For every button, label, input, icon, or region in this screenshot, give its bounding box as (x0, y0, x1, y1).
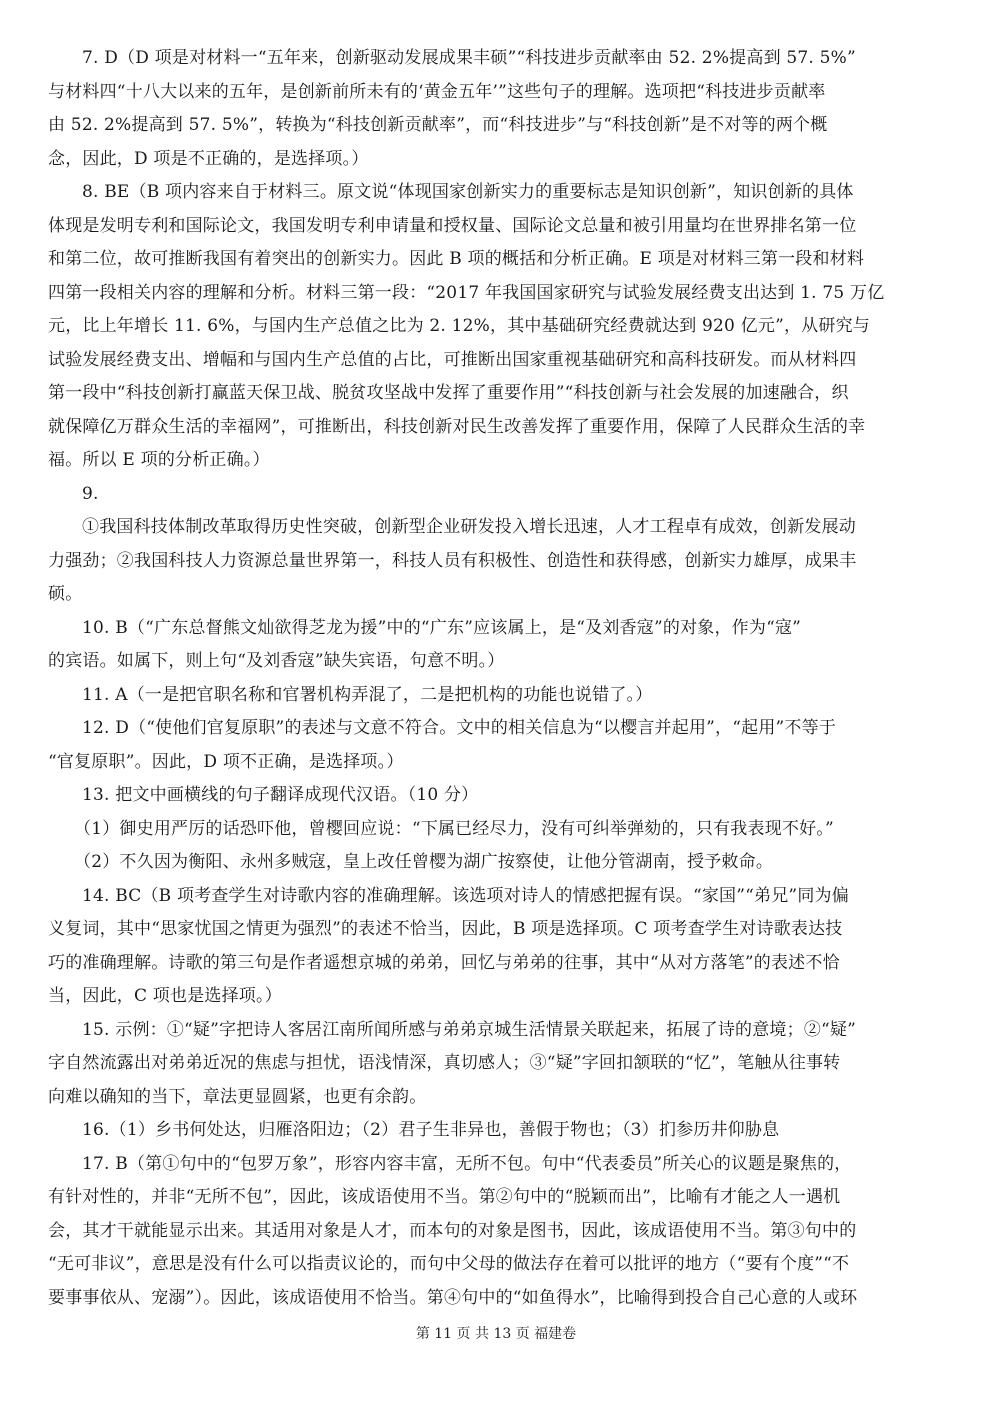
answer-q9: 9. ①我国科技体制改革取得历史性突破，创新型企业研发投入增长迅速，人才工程卓有… (48, 478, 888, 612)
answer-q8: 8. BE（B 项内容来自于材料三。原文说“体现国家创新实力的重要标志是知识创新… (48, 176, 888, 478)
text-line: 9. (48, 478, 888, 512)
text-line: 7. D（D 项是对材料一“五年来，创新驱动发展成果丰硕”“科技进步贡献率由 5… (48, 42, 888, 76)
text-line: 要事事依从、宠溺”）。因此，该成语使用不恰当。第④句中的“如鱼得水”，比喻得到投… (48, 1282, 888, 1316)
text-line: 12. D（“使他们官复原职”的表述与文意不符合。文中的相关信息为“以樱言并起用… (48, 712, 888, 746)
text-line: 由 52. 2%提高到 57. 5%”，转换为“科技创新贡献率”，而“科技进步”… (48, 109, 888, 143)
text-line: 念，因此，D 项是不正确的，是选择项。） (48, 143, 888, 177)
text-line: 16.（1）乡书何处达，归雁洛阳边；（2）君子生非异也，善假于物也；（3）扪参历… (48, 1114, 888, 1148)
text-line: （2）不久因为衡阳、永州多贼寇，皇上改任曾樱为湖广按察使，让他分管湖南，授予敕命… (48, 846, 888, 880)
text-line: 14. BC（B 项考查学生对诗歌内容的准确理解。该选项对诗人的情感把握有误。“… (48, 880, 888, 914)
text-line: 向难以确知的当下，章法更显圆紧，也更有余韵。 (48, 1081, 888, 1115)
text-line: 字自然流露出对弟弟近况的焦虑与担忧，语浅情深，真切感人；③“疑”字回扣颔联的“忆… (48, 1047, 888, 1081)
answer-q7: 7. D（D 项是对材料一“五年来，创新驱动发展成果丰硕”“科技进步贡献率由 5… (48, 42, 888, 176)
text-line: 第一段中“科技创新打赢蓝天保卫战、脱贫攻坚战中发挥了重要作用”“科技创新与社会发… (48, 377, 888, 411)
text-line: 试验发展经费支出、增幅和与国内生产总值的占比，可推断出国家重视基础研究和高科技研… (48, 344, 888, 378)
text-line: 元，比上年增长 11. 6%，与国内生产总值之比为 2. 12%，其中基础研究经… (48, 310, 888, 344)
text-line: “无可非议”，意思是没有什么可以指责议论的，而句中父母的做法存在着可以批评的地方… (48, 1248, 888, 1282)
page-footer: 第 11 页 共 13 页 福建卷 (0, 1323, 992, 1343)
text-line: 有针对性的，并非“无所不包”，因此，该成语使用不当。第②句中的“脱颖而出”，比喻… (48, 1181, 888, 1215)
text-line: 义复词，其中“思家忧国之情更为强烈”的表述不恰当，因此，B 项是选择项。C 项考… (48, 913, 888, 947)
text-line: 力强劲；②我国科技人力资源总量世界第一，科技人员有积极性、创造性和获得感，创新实… (48, 545, 888, 579)
text-line: ①我国科技体制改革取得历史性突破，创新型企业研发投入增长迅速，人才工程卓有成效，… (48, 511, 888, 545)
text-line: 15. 示例：①“疑”字把诗人客居江南所闻所感与弟弟京城生活情景关联起来，拓展了… (48, 1014, 888, 1048)
answer-q16: 16.（1）乡书何处达，归雁洛阳边；（2）君子生非异也，善假于物也；（3）扪参历… (48, 1114, 888, 1148)
answer-q15: 15. 示例：①“疑”字把诗人客居江南所闻所感与弟弟京城生活情景关联起来，拓展了… (48, 1014, 888, 1115)
text-line: 与材料四“十八大以来的五年，是创新前所未有的‘黄金五年’”这些句子的理解。选项把… (48, 76, 888, 110)
text-line: 17. B（第①句中的“包罗万象”，形容内容丰富，无所不包。句中“代表委员”所关… (48, 1148, 888, 1182)
text-line: 就保障亿万群众生活的幸福网”，可推断出，科技创新对民生改善发挥了重要作用，保障了… (48, 411, 888, 445)
text-line: 8. BE（B 项内容来自于材料三。原文说“体现国家创新实力的重要标志是知识创新… (48, 176, 888, 210)
text-line: 的宾语。如属下，则上句“及刘香寇”缺失宾语，句意不明。） (48, 645, 888, 679)
text-line: 和第二位，故可推断我国有着突出的创新实力。因此 B 项的概括和分析正确。E 项是… (48, 243, 888, 277)
text-line: 11. A（一是把官职名称和官署机构弄混了，二是把机构的功能也说错了。） (48, 679, 888, 713)
text-line: 体现是发明专利和国际论文，我国发明专利申请量和授权量、国际论文总量和被引用量均在… (48, 210, 888, 244)
answer-q12: 12. D（“使他们官复原职”的表述与文意不符合。文中的相关信息为“以樱言并起用… (48, 712, 888, 779)
text-line: 会，其才干就能显示出来。其适用对象是人才，而本句的对象是图书，因此，该成语使用不… (48, 1215, 888, 1249)
answer-q13: 13. 把文中画横线的句子翻译成现代汉语。（10 分） （1）御史用严厉的话恐吓… (48, 779, 888, 880)
answer-q14: 14. BC（B 项考查学生对诗歌内容的准确理解。该选项对诗人的情感把握有误。“… (48, 880, 888, 1014)
answer-q10: 10. B（“广东总督熊文灿欲得芝龙为援”中的“广东”应该属上，是“及刘香寇”的… (48, 612, 888, 679)
text-line: 四第一段相关内容的理解和分析。材料三第一段：“2017 年我国国家研究与试验发展… (48, 277, 888, 311)
text-line: 硕。 (48, 578, 888, 612)
answer-key-page: 7. D（D 项是对材料一“五年来，创新驱动发展成果丰硕”“科技进步贡献率由 5… (48, 42, 888, 1315)
text-line: 当，因此，C 项也是选择项。） (48, 980, 888, 1014)
text-line: 巧的准确理解。诗歌的第三句是作者遥想京城的弟弟，回忆与弟弟的往事，其中“从对方落… (48, 947, 888, 981)
answer-q11: 11. A（一是把官职名称和官署机构弄混了，二是把机构的功能也说错了。） (48, 679, 888, 713)
text-line: 福。所以 E 项的分析正确。） (48, 444, 888, 478)
text-line: 13. 把文中画横线的句子翻译成现代汉语。（10 分） (48, 779, 888, 813)
text-line: 10. B（“广东总督熊文灿欲得芝龙为援”中的“广东”应该属上，是“及刘香寇”的… (48, 612, 888, 646)
answer-q17: 17. B（第①句中的“包罗万象”，形容内容丰富，无所不包。句中“代表委员”所关… (48, 1148, 888, 1316)
text-line: “官复原职”。因此，D 项不正确，是选择项。） (48, 746, 888, 780)
text-line: （1）御史用严厉的话恐吓他，曾樱回应说：“下属已经尽力，没有可纠举弹劾的，只有我… (48, 813, 888, 847)
